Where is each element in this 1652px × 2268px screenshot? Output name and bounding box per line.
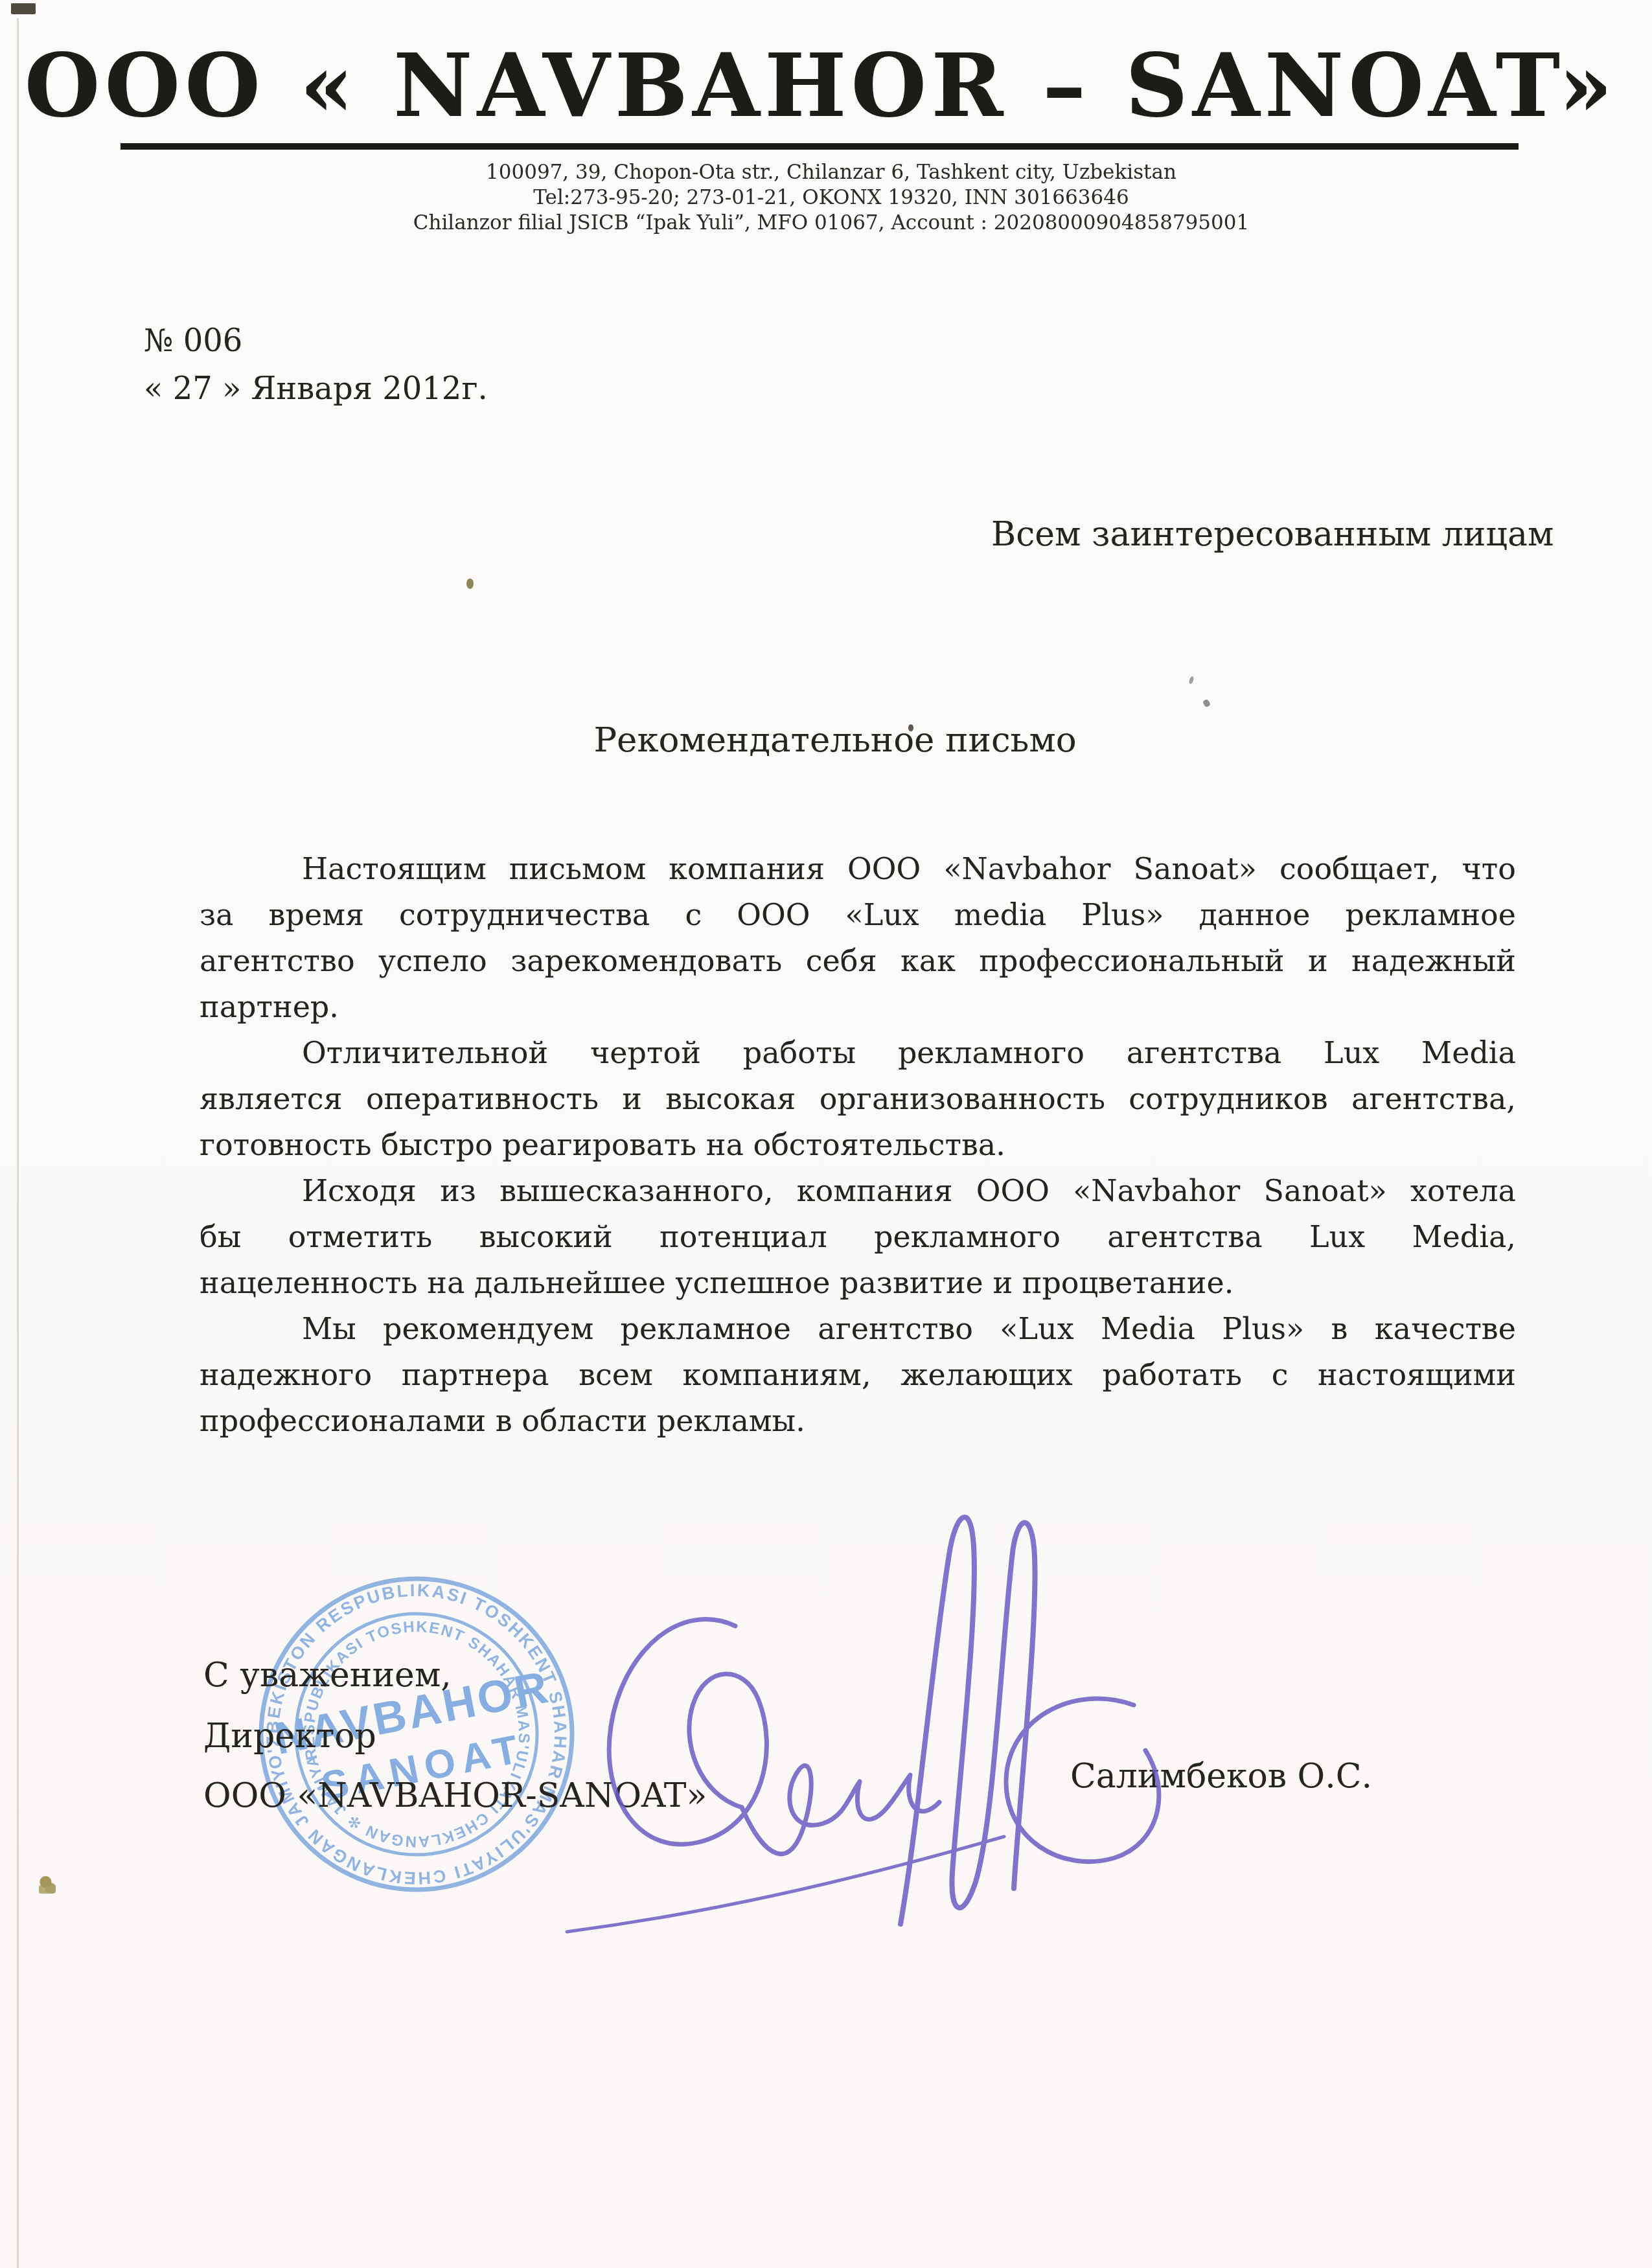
scan-edge-line (17, 18, 19, 2268)
body-line: Настоящим письмом компания ООО «Navbahor… (200, 846, 1516, 892)
letterhead-address: 100097, 39, Chopon-Ota str., Chilanzar 6… (275, 160, 1387, 236)
document-page: ООО « NAVBAHOR – SANOAT» 100097, 39, Cho… (0, 0, 1652, 2268)
body-line: готовность быстро реагировать на обстоят… (200, 1122, 1516, 1168)
signature-stroke (901, 1517, 1035, 1924)
header-rule (120, 143, 1519, 150)
document-title: Рекомендательное письмо (9, 720, 1652, 760)
body-line: Исходя из вышесказанного, компания ООО «… (200, 1168, 1516, 1214)
body-line: надежного партнера всем компаниям, желаю… (200, 1352, 1516, 1398)
body-line: является оперативность и высокая организ… (200, 1076, 1516, 1122)
recipient-line: Всем заинтересованным лицам (991, 515, 1529, 554)
scan-speck (466, 578, 474, 589)
body-line: за время сотрудничества с ООО «Lux media… (200, 892, 1516, 938)
signature-stroke (1006, 1699, 1159, 1862)
body-line: Отличительной чертой работы рекламного а… (200, 1030, 1516, 1076)
scan-speck (39, 1874, 56, 1894)
body-line: нацеленность на дальнейшее успешное разв… (200, 1260, 1516, 1306)
reference-number: № 006 (144, 323, 242, 359)
company-name: ООО « NAVBAHOR – SANOAT» (0, 34, 1647, 137)
body-line: бы отметить высокий потенциал рекламного… (200, 1214, 1516, 1260)
scan-corner-artifact (11, 3, 36, 14)
letter-body: Настоящим письмом компания ООО «Navbahor… (200, 846, 1516, 1444)
scan-speck (1188, 676, 1195, 684)
address-line-3: Chilanzor filial JSICB “Ipak Yuli”, MFO … (275, 211, 1387, 236)
signature-closing: С уважением, (203, 1656, 452, 1695)
body-line: партнер. (200, 984, 1516, 1030)
address-line-2: Tel:273-95-20; 273-01-21, OKONX 19320, I… (275, 185, 1387, 211)
body-line: агентство успело зарекомендовать себя ка… (200, 938, 1516, 984)
document-date: « 27 » Января 2012г. (144, 371, 488, 407)
body-line: профессионалами в области рекламы. (200, 1398, 1516, 1444)
director-signature-ink (486, 1471, 1173, 1982)
signature-position: Директор (203, 1717, 376, 1756)
signature-stroke (742, 1765, 939, 1853)
scan-speck (1202, 698, 1211, 707)
address-line-1: 100097, 39, Chopon-Ota str., Chilanzar 6… (275, 160, 1387, 185)
body-line: Мы рекомендуем рекламное агентство «Lux … (200, 1306, 1516, 1352)
